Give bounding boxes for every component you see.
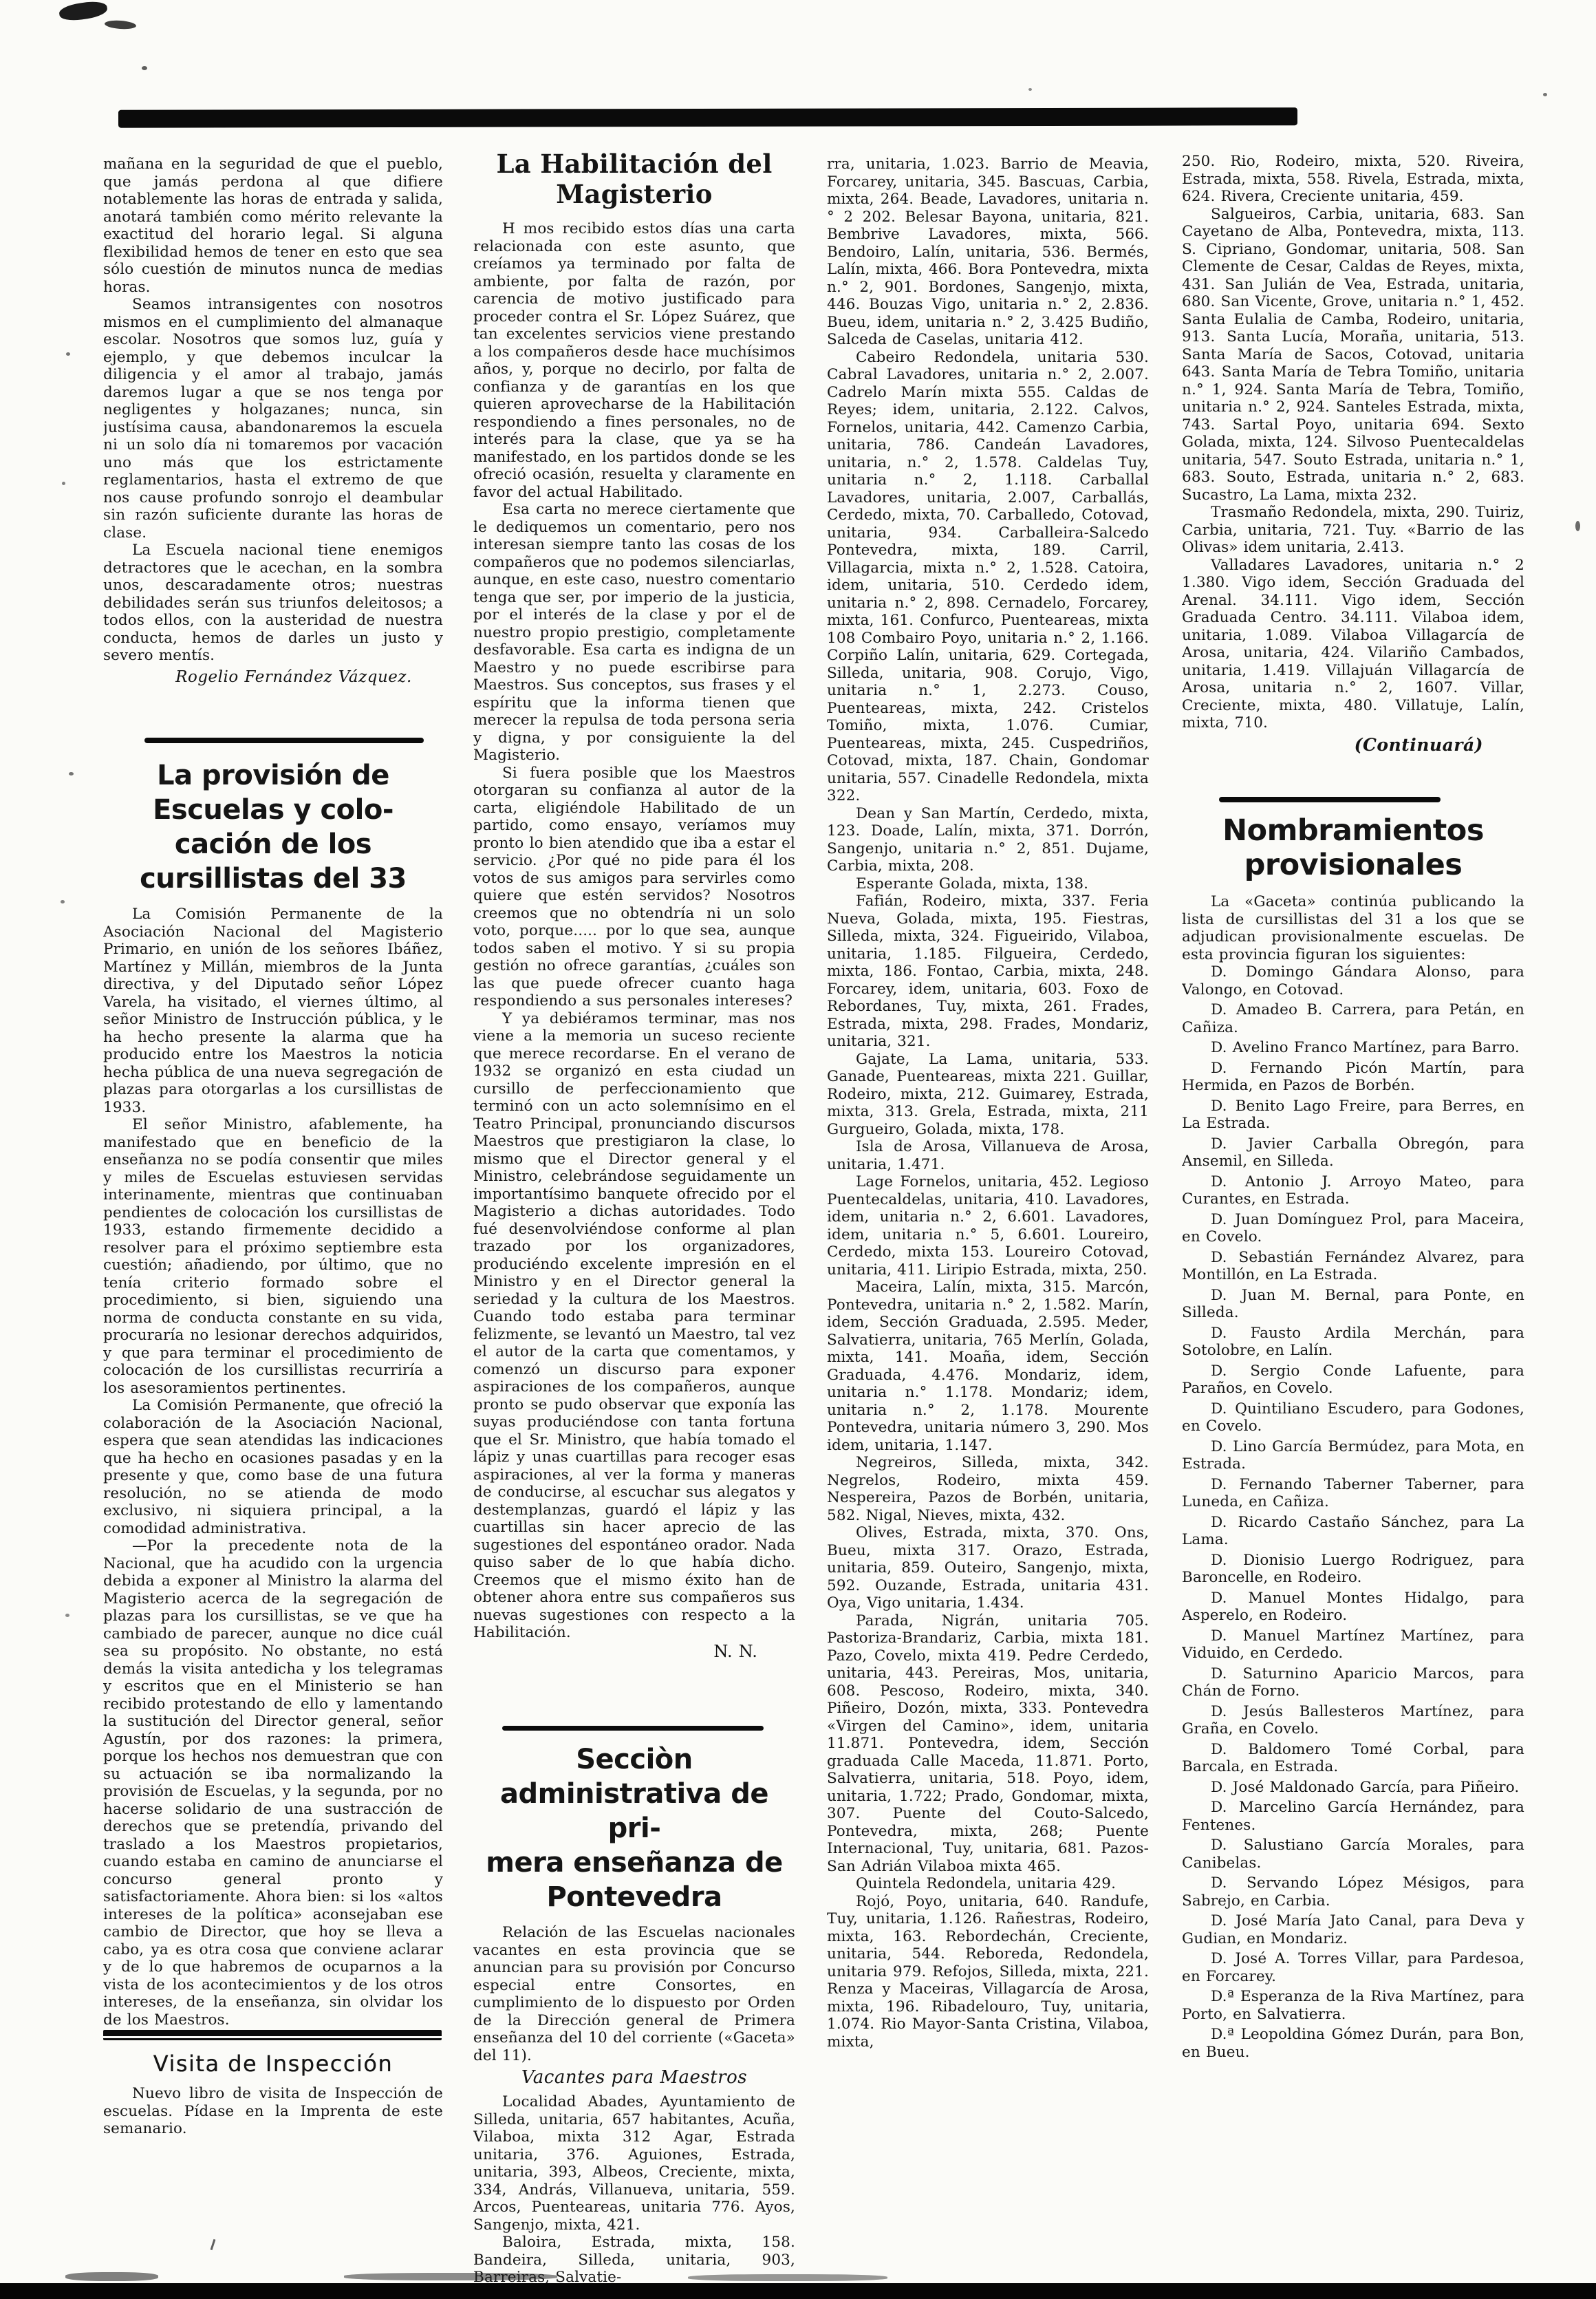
body-paragraph: Seamos intransigentes con nosotros mismo… (103, 296, 443, 542)
vacancy-list-paragraph: Gajate, La Lama, unitaria, 533. Ganade, … (827, 1051, 1149, 1139)
ink-speck (1575, 521, 1580, 531)
body-paragraph: —Por la precedente nota de la Nacional, … (103, 1537, 443, 2027)
appointment-entry: D. Antonio J. Arroyo Mateo, para Curante… (1182, 1173, 1524, 1208)
appointment-entry: D. Manuel Montes Hidalgo, para Asperelo,… (1182, 1590, 1524, 1625)
column-4-vacancy-list-end: 250. Rio, Rodeiro, mixta, 520. Riveira, … (1182, 153, 1524, 791)
body-paragraph: Si fuera posible que los Maestros otorga… (473, 764, 795, 1010)
ink-speck (66, 352, 70, 356)
appointment-entry: D. Fernando Taberner Taberner, para Lune… (1182, 1476, 1524, 1511)
body-paragraph: Esa carta no merece ciertamente que le d… (473, 501, 795, 764)
body-paragraph: H mos recibido estos días una carta rela… (473, 220, 795, 501)
appointment-entry: D. Baldomero Tomé Corbal, para Barcala, … (1182, 1741, 1524, 1776)
vacancy-list-paragraph: Cabeiro Redondela, unitaria 530. Cabral … (827, 349, 1149, 805)
masthead-rule (118, 107, 1297, 128)
ink-speck (1028, 88, 1032, 91)
appointment-entry: D. Avelino Franco Martínez, para Barro. (1182, 1039, 1524, 1057)
appointment-entry: D. Amadeo B. Carrera, para Petán, en Cañ… (1182, 1001, 1524, 1036)
body-paragraph: mañana en la seguridad de que el pueblo,… (103, 156, 443, 296)
vacancy-list-paragraph: Dean y San Martín, Cerdedo, mixta, 123. … (827, 805, 1149, 875)
vacancy-list-paragraph: 250. Rio, Rodeiro, mixta, 520. Riveira, … (1182, 153, 1524, 206)
appointment-entry: D.ª Leopoldina Gómez Durán, para Bon, en… (1182, 2026, 1524, 2061)
body-paragraph: Relación de las Escuelas nacionales vaca… (473, 1924, 795, 2064)
vacancy-list-paragraph: Esperante Golada, mixta, 138. (827, 875, 1149, 893)
body-paragraph: La Escuela nacional tiene enemigos detra… (103, 542, 443, 665)
column-1-article-continuation: mañana en la seguridad de que el pueblo,… (103, 156, 443, 735)
appointment-entry: D. Marcelino García Hernández, para Fent… (1182, 1799, 1524, 1834)
ink-streak (65, 2272, 158, 2281)
column-2-article-seccion: Secciòn administrativa de pri- mera ense… (473, 1742, 795, 2296)
ink-smudge (58, 0, 109, 23)
appointment-entry: D. Ricardo Castaño Sánchez, para La Lama… (1182, 1514, 1524, 1549)
vacancy-list-paragraph: Maceira, Lalín, mixta, 315. Marcón, Pont… (827, 1279, 1149, 1454)
article-title: La Habilitación del Magisterio (473, 149, 795, 209)
article-title: cación de los cursillistas del 33 (103, 827, 443, 896)
article-title: La provisión de Escuelas y colo- (103, 758, 443, 827)
vacancy-list-paragraph: Lage Fornelos, unitaria, 452. Legioso Pu… (827, 1173, 1149, 1279)
appointment-entry: D. Jesús Ballesteros Martínez, para Grañ… (1182, 1703, 1524, 1738)
ink-speck (211, 2239, 216, 2250)
appointment-entry: D. Servando López Mésigos, para Sabrejo,… (1182, 1874, 1524, 1910)
ink-speck (65, 1614, 69, 1617)
to-be-continued-note: (Continuará) (1182, 736, 1524, 754)
body-paragraph: Nuevo libro de visita de Inspección de e… (103, 2085, 443, 2138)
vacancy-list-paragraph: Localidad Abades, Ayuntamiento de Silled… (473, 2093, 795, 2234)
vacancy-list-paragraph: Isla de Arosa, Villanueva de Arosa, unit… (827, 1138, 1149, 1173)
column-3-vacancy-list: rra, unitaria, 1.023. Barrio de Meavia, … (827, 156, 1149, 2144)
vacancy-list-paragraph: Parada, Nigrán, unitaria 705. Pastoriza-… (827, 1612, 1149, 1876)
vacancy-list-paragraph: Olives, Estrada, mixta, 370. Ons, Bueu, … (827, 1524, 1149, 1612)
appointment-entry: D. Salustiano García Morales, para Canib… (1182, 1837, 1524, 1872)
appointment-entry: D. José María Jato Canal, para Deva y Gu… (1182, 1912, 1524, 1947)
appointment-entry: D. Sebastián Fernández Alvarez, para Mon… (1182, 1249, 1524, 1284)
appointment-entry: D. Lino García Bermúdez, para Mota, en E… (1182, 1438, 1524, 1473)
section-divider-double (103, 2030, 442, 2040)
section-divider (1219, 797, 1441, 802)
newspaper-page: mañana en la seguridad de que el pueblo,… (0, 0, 1596, 2299)
appointment-entry: D. José Maldonado García, para Piñeiro. (1182, 1779, 1524, 1797)
body-paragraph: La Comisión Permanente de la Asociación … (103, 906, 443, 1116)
ink-speck (61, 900, 65, 903)
section-divider (144, 738, 424, 743)
body-paragraph: La «Gaceta» continúa publicando la lista… (1182, 893, 1524, 963)
appointment-entry: D. Juan M. Bernal, para Ponte, en Silled… (1182, 1287, 1524, 1322)
vacancy-list-paragraph: Rojó, Poyo, unitaria, 640. Randufe, Tuy,… (827, 1893, 1149, 2051)
appointment-entry: D. Sergio Conde Lafuente, para Paraños, … (1182, 1362, 1524, 1398)
appointment-entry: D. José A. Torres Villar, para Pardesoa,… (1182, 1950, 1524, 1985)
column-4-article-nombramientos: Nombramientos provisionales La «Gaceta» … (1182, 813, 1524, 2283)
appointment-entry: D. Manuel Martínez Martínez, para Viduid… (1182, 1627, 1524, 1662)
body-paragraph: La Comisión Permanente, que ofreció la c… (103, 1397, 443, 1537)
appointment-entry: D. Quintiliano Escudero, para Godones, e… (1182, 1400, 1524, 1435)
column-1-article-visita: Visita de Inspección Nuevo libro de visi… (103, 2051, 443, 2171)
vacancy-list-paragraph: Quintela Redondela, unitaria 429. (827, 1875, 1149, 1893)
vacancy-list-paragraph: Salgueiros, Carbia, unitaria, 683. San C… (1182, 206, 1524, 504)
vacancy-list-paragraph: rra, unitaria, 1.023. Barrio de Meavia, … (827, 156, 1149, 349)
article-title: Nombramientos provisionales (1182, 813, 1524, 882)
appointment-entry: D. Fernando Picón Martín, para Hermida, … (1182, 1060, 1524, 1095)
column-2-article-habilitacion: La Habilitación del Magisterio H mos rec… (473, 149, 795, 1719)
vacancy-list-paragraph: Valladares Lavadores, unitaria n.° 2 1.3… (1182, 557, 1524, 732)
body-paragraph: El señor Ministro, afablemente, ha manif… (103, 1116, 443, 1397)
body-paragraph: Y ya debiéramos terminar, mas nos viene … (473, 1010, 795, 1642)
ink-smudge (105, 19, 137, 30)
appointment-entry: D. Saturnino Aparicio Marcos, para Chán … (1182, 1665, 1524, 1700)
appointment-entry: D. Javier Carballa Obregón, para Ansemil… (1182, 1135, 1524, 1170)
section-divider (502, 1726, 764, 1731)
ink-speck (62, 482, 65, 485)
scan-edge-bar (0, 2283, 1596, 2299)
ink-speck (69, 772, 74, 776)
ink-streak (344, 2273, 557, 2280)
appointment-entry: D. Juan Domínguez Prol, para Maceira, en… (1182, 1211, 1524, 1246)
appointment-entry: D.ª Esperanza de la Riva Martínez, para … (1182, 1988, 1524, 2023)
author-signature: N. N. (473, 1643, 795, 1661)
appointment-entry: D. Dionisio Luergo Rodriguez, para Baron… (1182, 1552, 1524, 1587)
article-title: mera enseñanza de Pontevedra (473, 1846, 795, 1914)
appointment-entry: D. Domingo Gándara Alonso, para Valongo,… (1182, 963, 1524, 998)
ink-streak (688, 2274, 887, 2281)
ink-speck (1543, 93, 1547, 96)
article-title: Visita de Inspección (103, 2051, 443, 2077)
ink-speck (142, 66, 147, 70)
author-signature: Rogelio Fernández Vázquez. (103, 669, 443, 687)
subsection-title: Vacantes para Maestros (473, 2067, 795, 2088)
vacancy-list-paragraph: Fafián, Rodeiro, mixta, 337. Feria Nueva… (827, 892, 1149, 1051)
appointment-entry: D. Benito Lago Freire, para Berres, en L… (1182, 1098, 1524, 1133)
article-title: Secciòn administrativa de pri- (473, 1742, 795, 1846)
appointment-entry: D. Fausto Ardila Merchán, para Sotolobre… (1182, 1325, 1524, 1360)
vacancy-list-paragraph: Trasmaño Redondela, mixta, 290. Tuiriz, … (1182, 504, 1524, 557)
vacancy-list-paragraph: Negreiros, Silleda, mixta, 342. Negrelos… (827, 1454, 1149, 1524)
column-1-article-provision: La provisión de Escuelas y colo- cación … (103, 758, 443, 2027)
